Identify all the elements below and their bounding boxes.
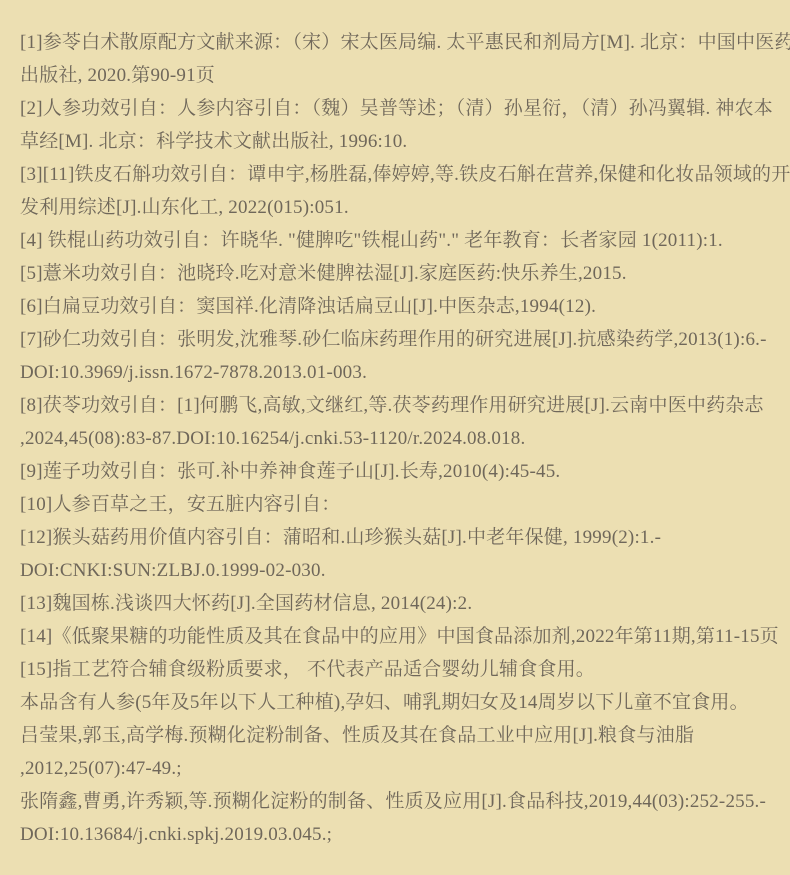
- reference-line: [4] 铁棍山药功效引自：许晓华. "健脾吃"铁棍山药"." 老年教育：长者家园…: [20, 224, 772, 257]
- reference-line: [9]莲子功效引自：张可.补中养神食莲子山[J].长寿,2010(4):45-4…: [20, 455, 772, 488]
- reference-line: [3][11]铁皮石斛功效引自：谭申宇,杨胜磊,俸婷婷,等.铁皮石斛在营养,保健…: [20, 158, 772, 191]
- reference-entry: [1]参苓白术散原配方文献来源：（宋）宋太医局编. 太平惠民和剂局方[M]. 北…: [20, 26, 772, 92]
- reference-line: [15]指工艺符合辅食级粉质要求， 不代表产品适合婴幼儿辅食食用。: [20, 653, 772, 686]
- reference-line: [5]薏米功效引自：池晓玲.吃对意米健脾祛湿[J].家庭医药:快乐养生,2015…: [20, 257, 772, 290]
- reference-entry: 本品含有人参(5年及5年以下人工种植),孕妇、哺乳期妇女及14周岁以下儿童不宜食…: [20, 686, 772, 719]
- reference-entry: [13]魏国栋.浅谈四大怀药[J].全国药材信息, 2014(24):2.: [20, 587, 772, 620]
- reference-line: ,2024,45(08):83-87.DOI:10.16254/j.cnki.5…: [20, 422, 772, 455]
- reference-line: 张隋鑫,曹勇,许秀颖,等.预糊化淀粉的制备、性质及应用[J].食品科技,2019…: [20, 785, 772, 818]
- reference-line: [2]人参功效引自：人参内容引自：（魏）吴普等述；（清）孙星衍，（清）孙冯翼辑.…: [20, 92, 772, 125]
- reference-line: [1]参苓白术散原配方文献来源：（宋）宋太医局编. 太平惠民和剂局方[M]. 北…: [20, 26, 772, 59]
- reference-entry: [8]茯苓功效引自：[1]何鹏飞,高敏,文继红,等.茯苓药理作用研究进展[J].…: [20, 389, 772, 455]
- reference-line: ,2012,25(07):47-49.;: [20, 752, 772, 785]
- reference-line: [10]人参百草之王，安五脏内容引自：: [20, 488, 772, 521]
- reference-entry: [12]猴头菇药用价值内容引自：蒲昭和.山珍猴头菇[J].中老年保健, 1999…: [20, 521, 772, 587]
- reference-line: DOI:10.13684/j.cnki.spkj.2019.03.045.;: [20, 818, 772, 851]
- reference-line: [8]茯苓功效引自：[1]何鹏飞,高敏,文继红,等.茯苓药理作用研究进展[J].…: [20, 389, 772, 422]
- reference-entry: [10]人参百草之王，安五脏内容引自：: [20, 488, 772, 521]
- reference-line: 发利用综述[J].山东化工, 2022(015):051.: [20, 191, 772, 224]
- reference-line: [12]猴头菇药用价值内容引自：蒲昭和.山珍猴头菇[J].中老年保健, 1999…: [20, 521, 772, 554]
- reference-line: 本品含有人参(5年及5年以下人工种植),孕妇、哺乳期妇女及14周岁以下儿童不宜食…: [20, 686, 772, 719]
- reference-entry: [4] 铁棍山药功效引自：许晓华. "健脾吃"铁棍山药"." 老年教育：长者家园…: [20, 224, 772, 257]
- reference-entry: [6]白扁豆功效引自：窦国祥.化清降浊话扁豆山[J].中医杂志,1994(12)…: [20, 290, 772, 323]
- reference-entry: 吕莹果,郭玉,高学梅.预糊化淀粉制备、性质及其在食品工业中应用[J].粮食与油脂…: [20, 719, 772, 785]
- reference-entry: [3][11]铁皮石斛功效引自：谭申宇,杨胜磊,俸婷婷,等.铁皮石斛在营养,保健…: [20, 158, 772, 224]
- reference-line: 草经[M]. 北京：科学技术文献出版社, 1996:10.: [20, 125, 772, 158]
- reference-line: [6]白扁豆功效引自：窦国祥.化清降浊话扁豆山[J].中医杂志,1994(12)…: [20, 290, 772, 323]
- reference-line: DOI:10.3969/j.issn.1672-7878.2013.01-003…: [20, 356, 772, 389]
- reference-entry: [7]砂仁功效引自：张明发,沈雅琴.砂仁临床药理作用的研究进展[J].抗感染药学…: [20, 323, 772, 389]
- reference-line: DOI:CNKI:SUN:ZLBJ.0.1999-02-030.: [20, 554, 772, 587]
- reference-entry: [2]人参功效引自：人参内容引自：（魏）吴普等述；（清）孙星衍，（清）孙冯翼辑.…: [20, 92, 772, 158]
- reference-entry: 张隋鑫,曹勇,许秀颖,等.预糊化淀粉的制备、性质及应用[J].食品科技,2019…: [20, 785, 772, 851]
- reference-entry: [5]薏米功效引自：池晓玲.吃对意米健脾祛湿[J].家庭医药:快乐养生,2015…: [20, 257, 772, 290]
- reference-entry: [9]莲子功效引自：张可.补中养神食莲子山[J].长寿,2010(4):45-4…: [20, 455, 772, 488]
- reference-line: 吕莹果,郭玉,高学梅.预糊化淀粉制备、性质及其在食品工业中应用[J].粮食与油脂: [20, 719, 772, 752]
- reference-line: [7]砂仁功效引自：张明发,沈雅琴.砂仁临床药理作用的研究进展[J].抗感染药学…: [20, 323, 772, 356]
- reference-line: [14]《低聚果糖的功能性质及其在食品中的应用》中国食品添加剂,2022年第11…: [20, 620, 772, 653]
- reference-line: [13]魏国栋.浅谈四大怀药[J].全国药材信息, 2014(24):2.: [20, 587, 772, 620]
- reference-entry: [15]指工艺符合辅食级粉质要求， 不代表产品适合婴幼儿辅食食用。: [20, 653, 772, 686]
- references-list: [1]参苓白术散原配方文献来源：（宋）宋太医局编. 太平惠民和剂局方[M]. 北…: [20, 26, 772, 851]
- reference-entry: [14]《低聚果糖的功能性质及其在食品中的应用》中国食品添加剂,2022年第11…: [20, 620, 772, 653]
- reference-line: 出版社, 2020.第90-91页: [20, 59, 772, 92]
- citation-disclaimer-page: [1]参苓白术散原配方文献来源：（宋）宋太医局编. 太平惠民和剂局方[M]. 北…: [0, 0, 790, 875]
